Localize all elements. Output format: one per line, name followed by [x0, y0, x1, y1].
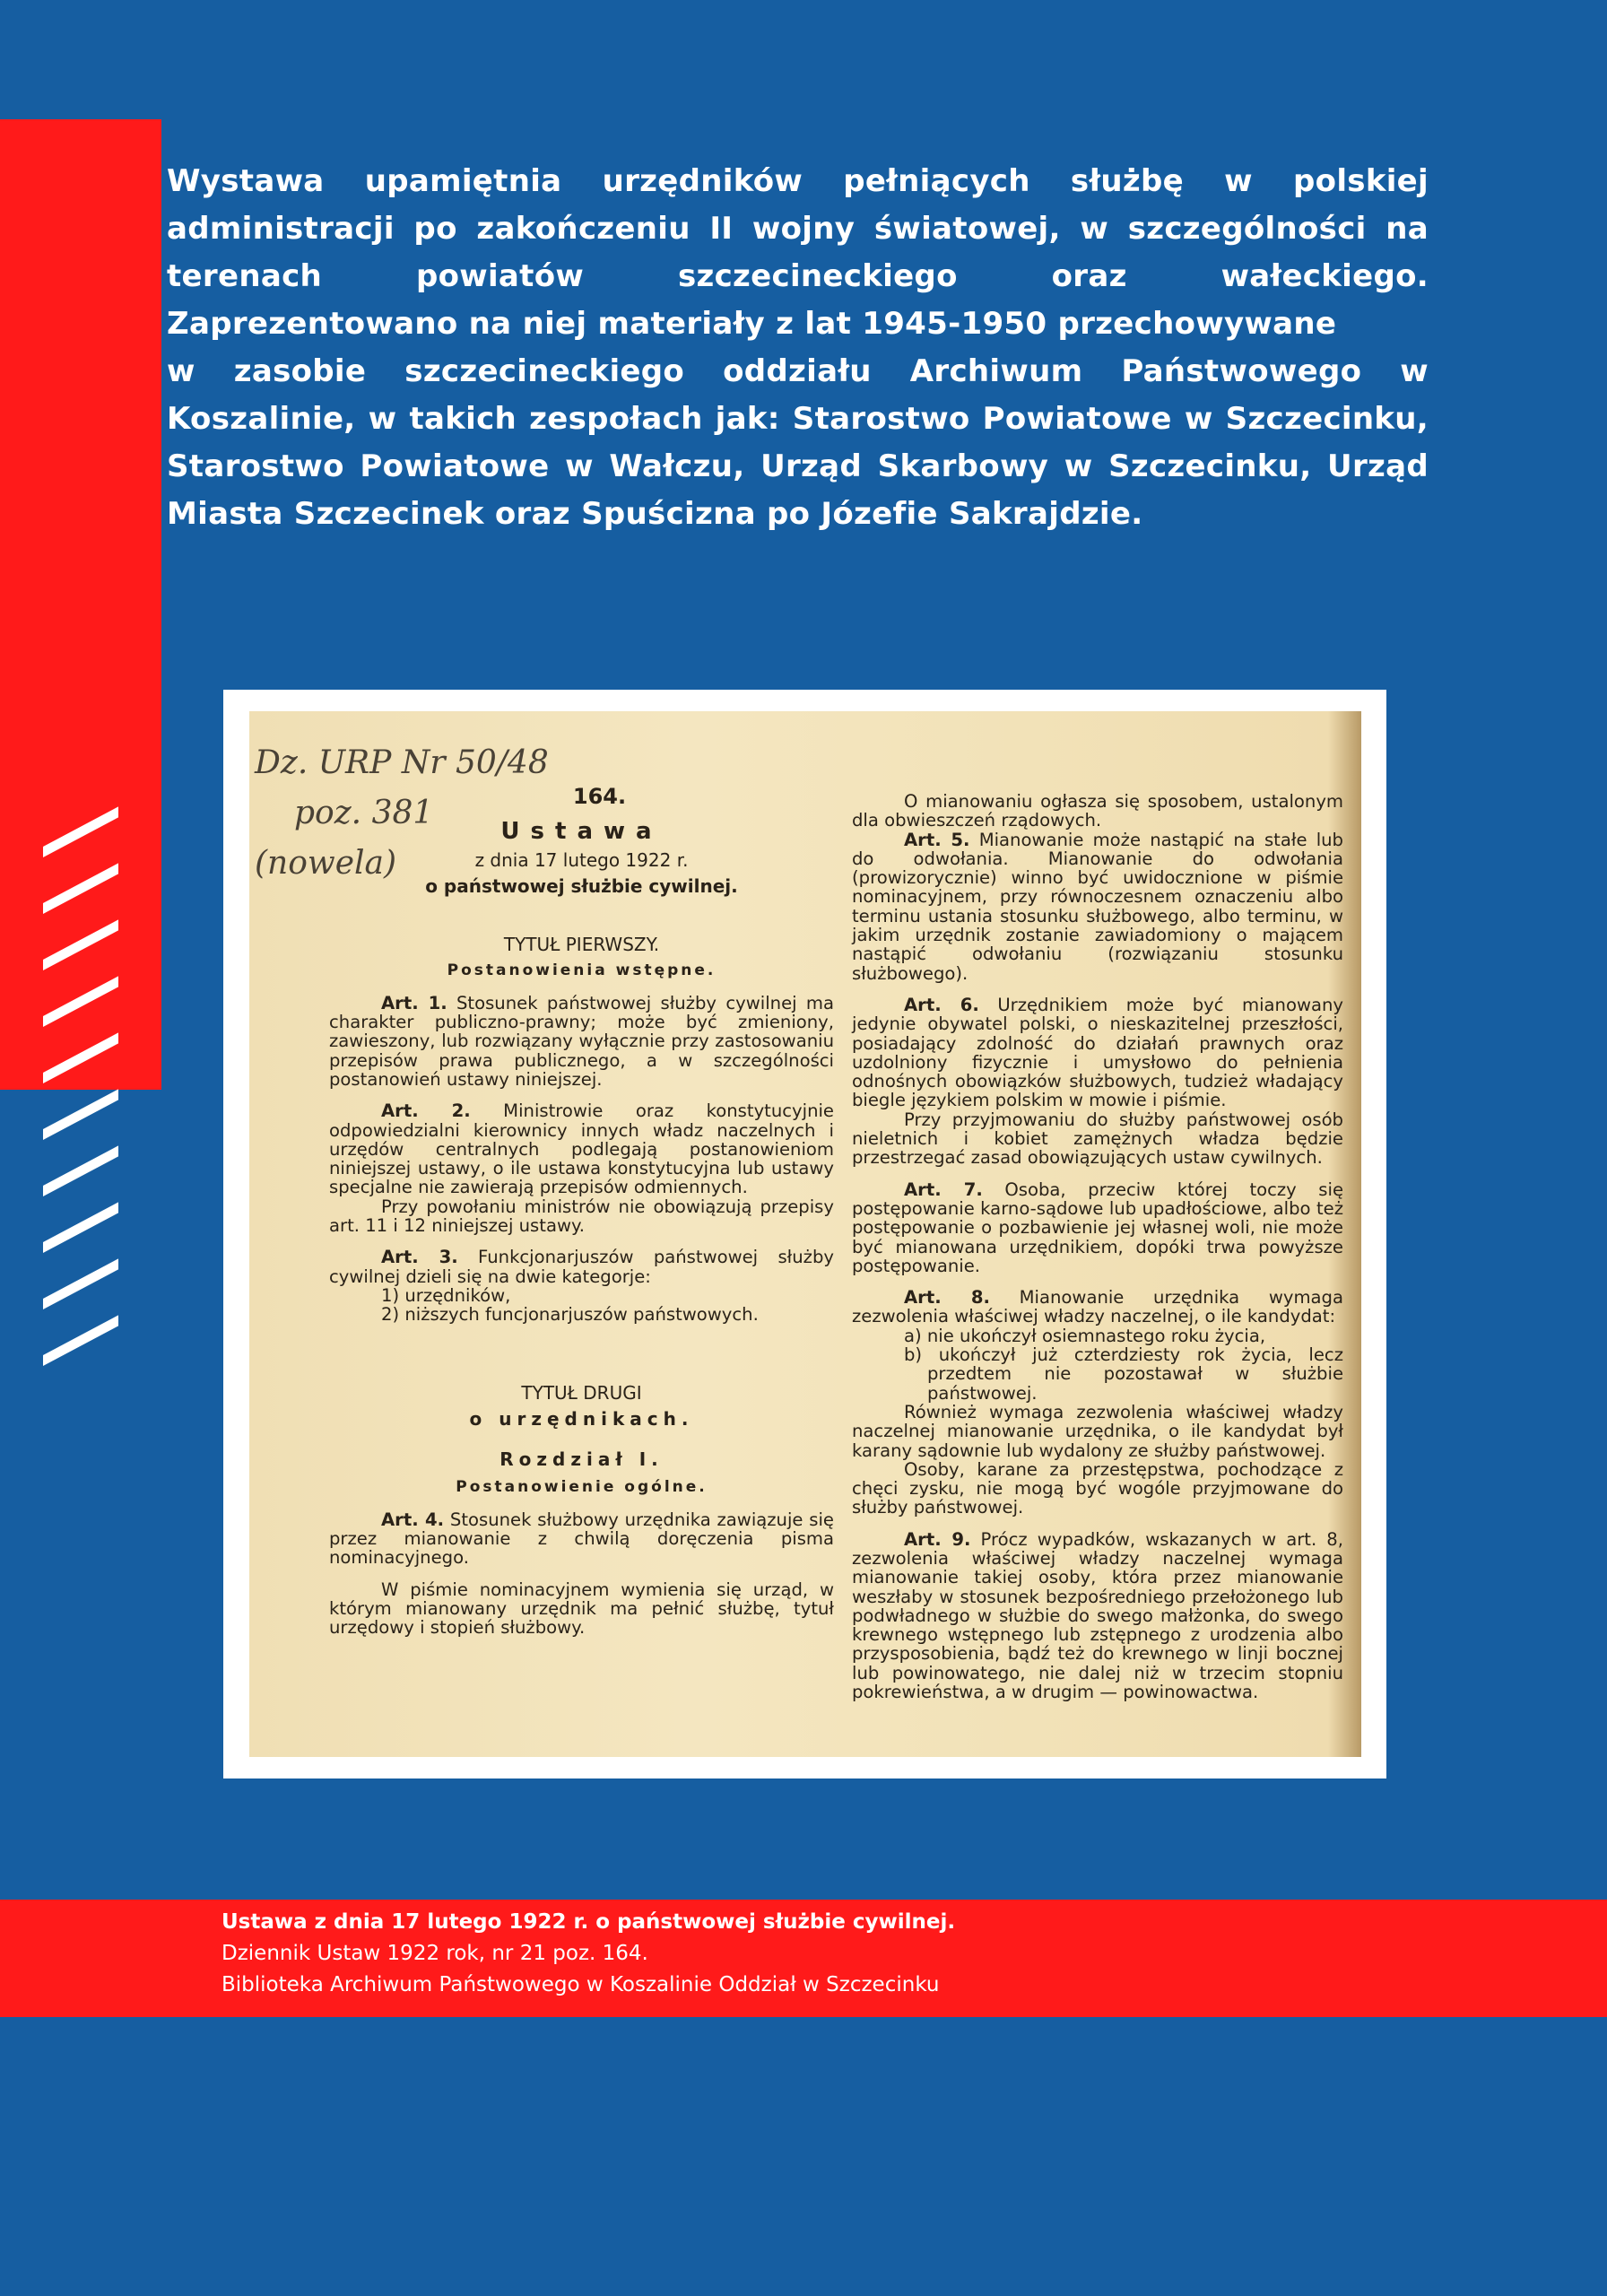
document-photo-frame: Dz. URP Nr 50/48 poz. 381 (nowela) 164. …	[223, 690, 1386, 1779]
stripe-icon	[43, 1032, 118, 1083]
stripe-icon	[43, 863, 118, 914]
caption-band: Ustawa z dnia 17 lutego 1922 r. o państw…	[0, 1900, 1607, 2017]
stripe-icon	[43, 919, 118, 970]
article-4: Art. 4. Stosunek służbowy urzędnika zawi…	[329, 1510, 834, 1568]
list-item: 1) urzędników,	[329, 1286, 834, 1305]
article-4-paragraph: W piśmie nominacyjnem wymienia się urząd…	[329, 1580, 834, 1638]
act-number: 164.	[329, 787, 834, 806]
article-label: Art. 1.	[381, 993, 447, 1013]
title-subheading: o urzędnikach.	[329, 1410, 834, 1429]
act-subject: o państwowej służbie cywilnej.	[329, 877, 834, 896]
article-9: Art. 9. Prócz wypadków, wskazanych w art…	[852, 1530, 1343, 1702]
article-2-paragraph: Przy powołaniu ministrów nie obowiązują …	[329, 1197, 834, 1236]
article-label: Art. 9.	[904, 1529, 970, 1550]
document-right-column: O mianowaniu ogłasza się sposobem, ustal…	[852, 792, 1343, 1701]
document-left-column: 164. Ustawa z dnia 17 lutego 1922 r. o p…	[329, 787, 834, 1638]
article-3: Art. 3. Funkcjonarjuszów państwowej służ…	[329, 1248, 834, 1286]
article-6: Art. 6. Urzędnikiem może być mianowany j…	[852, 996, 1343, 1110]
intro-paragraph-2-line-1: Zaprezentowano na niej materiały z lat 1…	[167, 300, 1429, 348]
article-6-paragraph: Przy przyjmowaniu do służby państwowej o…	[852, 1110, 1343, 1168]
title-heading: TYTUŁ DRUGI	[329, 1384, 834, 1403]
slash-stripes-icon	[43, 807, 118, 1381]
exhibition-description: Wystawa upamiętnia urzędników pełniących…	[167, 158, 1429, 538]
stripe-icon	[43, 1258, 118, 1309]
caption-title: Ustawa z dnia 17 lutego 1922 r. o państw…	[222, 1907, 955, 1938]
title-heading: TYTUŁ PIERWSZY.	[329, 935, 834, 954]
article-1: Art. 1. Stosunek państwowej służby cywil…	[329, 994, 834, 1089]
stripe-icon	[43, 1202, 118, 1253]
chapter-subheading: Postanowienie ogólne.	[329, 1478, 834, 1497]
stripe-icon	[43, 806, 118, 857]
article-label: Art. 2.	[381, 1100, 471, 1121]
article-7: Art. 7. Osoba, przeciw której toczy się …	[852, 1180, 1343, 1275]
caption-source: Dziennik Ustaw 1922 rok, nr 21 poz. 164.	[222, 1938, 955, 1970]
caption-archive: Biblioteka Archiwum Państwowego w Koszal…	[222, 1970, 955, 2001]
stripe-icon	[43, 1145, 118, 1196]
article-label: Art. 6.	[904, 995, 979, 1015]
image-caption: Ustawa z dnia 17 lutego 1922 r. o państw…	[222, 1907, 955, 2001]
list-item: 2) niższych funcjonarjuszów państwowych.	[329, 1305, 834, 1324]
article-5: Art. 5. Mianowanie może nastąpić na stał…	[852, 831, 1343, 983]
article-2: Art. 2. Ministrowie oraz konstytucyjnie …	[329, 1101, 834, 1196]
article-8: Art. 8. Mianowanie urzędnika wymaga zezw…	[852, 1288, 1343, 1326]
article-label: Art. 5.	[904, 830, 970, 850]
intro-paragraph-2: w zasobie szczecineckiego oddziału Archi…	[167, 348, 1429, 538]
intro-paragraph-1: Wystawa upamiętnia urzędników pełniących…	[167, 158, 1429, 300]
stripe-icon	[43, 976, 118, 1027]
stripe-icon	[43, 1089, 118, 1140]
scanned-document: Dz. URP Nr 50/48 poz. 381 (nowela) 164. …	[249, 711, 1361, 1757]
paragraph: O mianowaniu ogłasza się sposobem, ustal…	[852, 792, 1343, 831]
handwriting-line: Dz. URP Nr 50/48	[249, 738, 644, 788]
act-title: Ustawa	[329, 822, 834, 841]
act-date: z dnia 17 lutego 1922 r.	[329, 851, 834, 870]
article-8-paragraph: Osoby, karane za przestępstwa, pochodząc…	[852, 1460, 1343, 1518]
stripe-icon	[43, 1315, 118, 1366]
article-label: Art. 3.	[381, 1247, 458, 1267]
article-8-paragraph: Również wymaga zezwolenia właściwej wład…	[852, 1403, 1343, 1460]
chapter-heading: Rozdział I.	[329, 1450, 834, 1469]
article-label: Art. 4.	[381, 1509, 444, 1530]
list-item: a) nie ukończył osiemnastego roku życia,	[852, 1326, 1343, 1345]
article-label: Art. 8.	[904, 1287, 990, 1308]
title-subheading: Postanowienia wstępne.	[329, 961, 834, 980]
article-label: Art. 7.	[904, 1179, 983, 1200]
list-item: b) ukończył już czterdziesty rok życia, …	[852, 1345, 1343, 1403]
